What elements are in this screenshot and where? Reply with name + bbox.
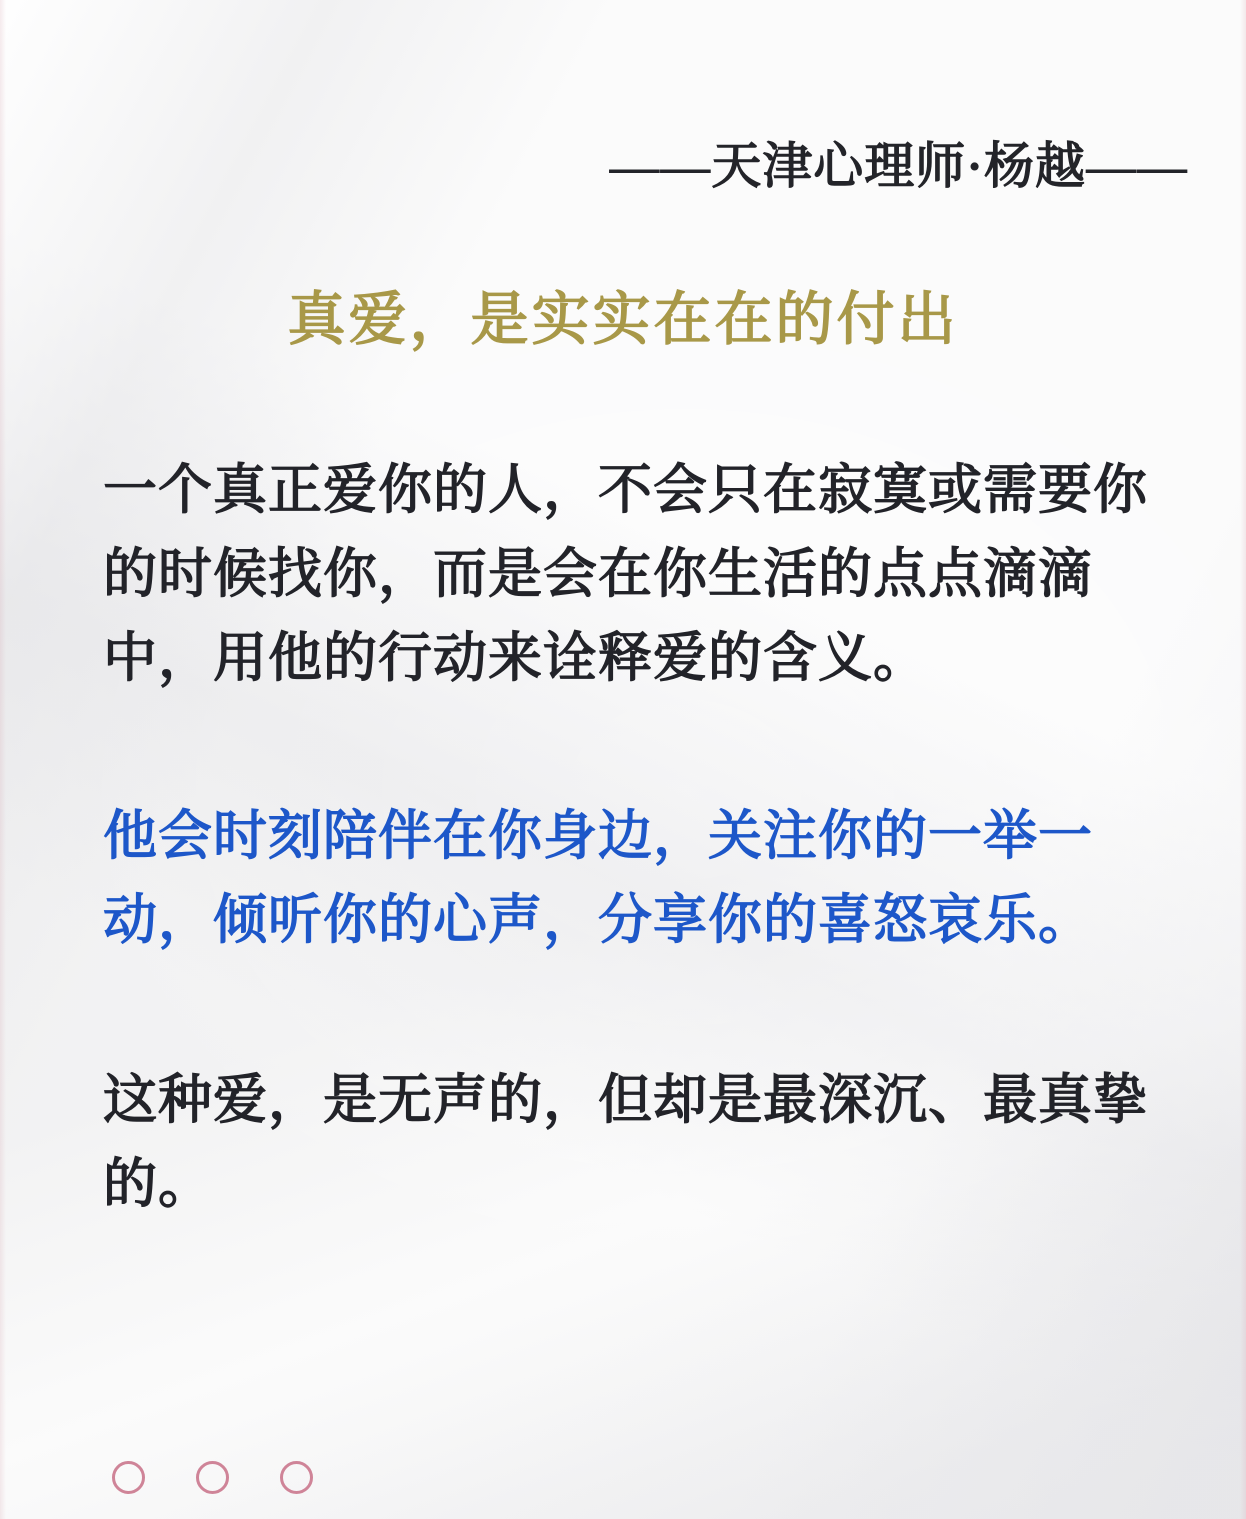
card-title: 真爱，是实实在在的付出 [0,272,1246,356]
pagination-dots [112,1461,313,1494]
paragraph-1: 一个真正爱你的人，不会只在寂寞或需要你的时候找你，而是会在你生活的点点滴滴中，用… [103,448,1149,700]
paragraph-3: 这种爱，是无声的，但却是最深沉、最真挚的。 [103,1058,1149,1226]
pagination-dot[interactable] [196,1461,229,1494]
left-edge-tint [0,0,6,1519]
quote-card: ——天津心理师·杨越—— 真爱，是实实在在的付出 一个真正爱你的人，不会只在寂寞… [0,0,1246,1519]
silk-texture-background [0,0,1246,1519]
pagination-dot[interactable] [280,1461,313,1494]
paragraph-2-highlight: 他会时刻陪伴在你身边，关注你的一举一动，倾听你的心声，分享你的喜怒哀乐。 [103,794,1149,962]
right-edge-tint [1240,0,1246,1519]
attribution-header: ——天津心理师·杨越—— [609,126,1188,198]
pagination-dot[interactable] [112,1461,145,1494]
